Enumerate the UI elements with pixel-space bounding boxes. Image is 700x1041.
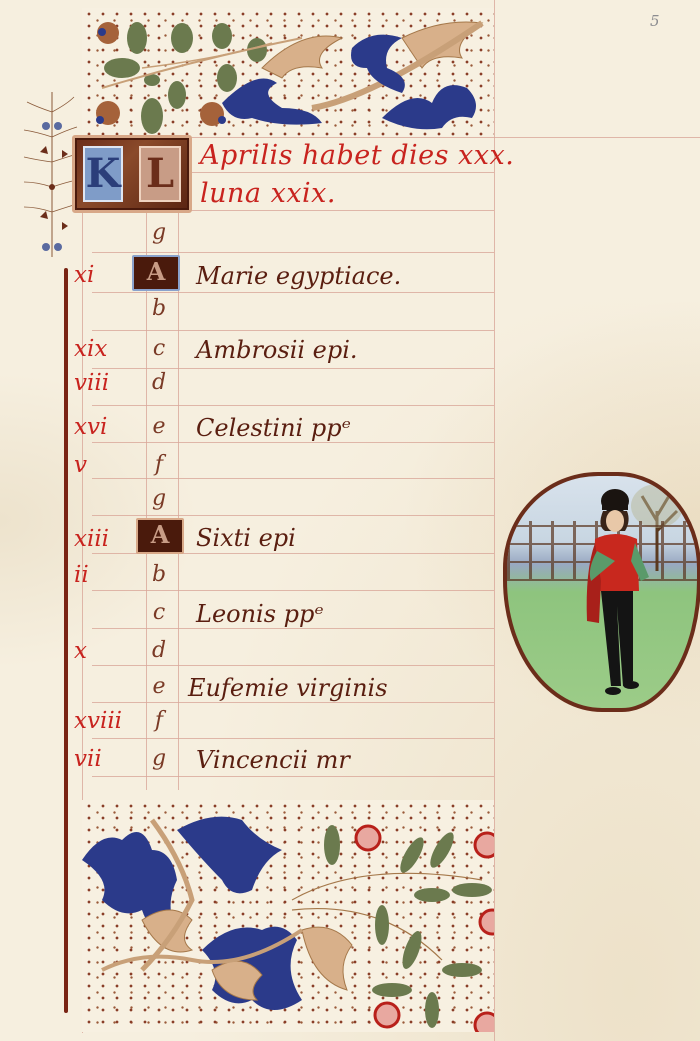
dominical-letter: f [149, 708, 169, 733]
dominical-letter: e [149, 414, 169, 439]
manuscript-page: 5 [0, 0, 700, 1041]
saint-entry: Sixti epi [196, 524, 296, 552]
golden-number: viii [74, 370, 109, 396]
top-border-decoration [82, 8, 494, 136]
illuminated-initial-kl: K L [72, 135, 192, 213]
month-heading-line-1: Aprilis habet dies xxx. [200, 140, 514, 171]
small-initial-a: A [136, 518, 184, 554]
saint-entry: Celestini ppᵉ [196, 414, 351, 442]
folio-number: 5 [650, 12, 660, 30]
initial-letter-l: L [139, 146, 181, 202]
dominical-letter: g [149, 220, 169, 245]
floral-acanthus-icon [82, 800, 494, 1032]
initial-letter-k: K [83, 146, 123, 202]
labour-of-month-miniature [503, 472, 700, 712]
dominical-letter: c [149, 600, 169, 625]
golden-number: ii [74, 562, 89, 588]
dominical-letter: g [149, 746, 169, 771]
dominical-letter: c [149, 336, 169, 361]
golden-number: x [74, 638, 87, 664]
golden-number: xi [74, 262, 94, 288]
man-figure-icon [577, 481, 657, 701]
dominical-letter: e [149, 674, 169, 699]
saint-entry: Ambrosii epi. [196, 336, 358, 364]
month-heading-line-2: luna xxix. [200, 178, 336, 209]
dominical-letter: b [149, 562, 169, 587]
bottom-border-decoration [82, 800, 494, 1032]
golden-number: xiii [74, 526, 109, 552]
small-initial-m: A [132, 255, 180, 291]
golden-number: xviii [74, 708, 122, 734]
saint-entry: Leonis ppᵉ [196, 600, 324, 628]
saint-entry: Vincencii mr [196, 746, 350, 774]
saint-entry: Marie egyptiace. [196, 262, 401, 290]
golden-number: vii [74, 746, 102, 772]
dominical-letter: g [149, 486, 169, 511]
dominical-letter: b [149, 296, 169, 321]
dominical-letter: d [149, 638, 169, 663]
golden-number: xvi [74, 414, 107, 440]
acanthus-scroll-icon [82, 8, 494, 136]
golden-number: xix [74, 336, 107, 362]
golden-number: v [74, 452, 87, 478]
dominical-letter: f [149, 452, 169, 477]
dominical-letter: d [149, 370, 169, 395]
saint-entry: Eufemie virginis [188, 674, 388, 702]
margin-bar [64, 268, 68, 1013]
